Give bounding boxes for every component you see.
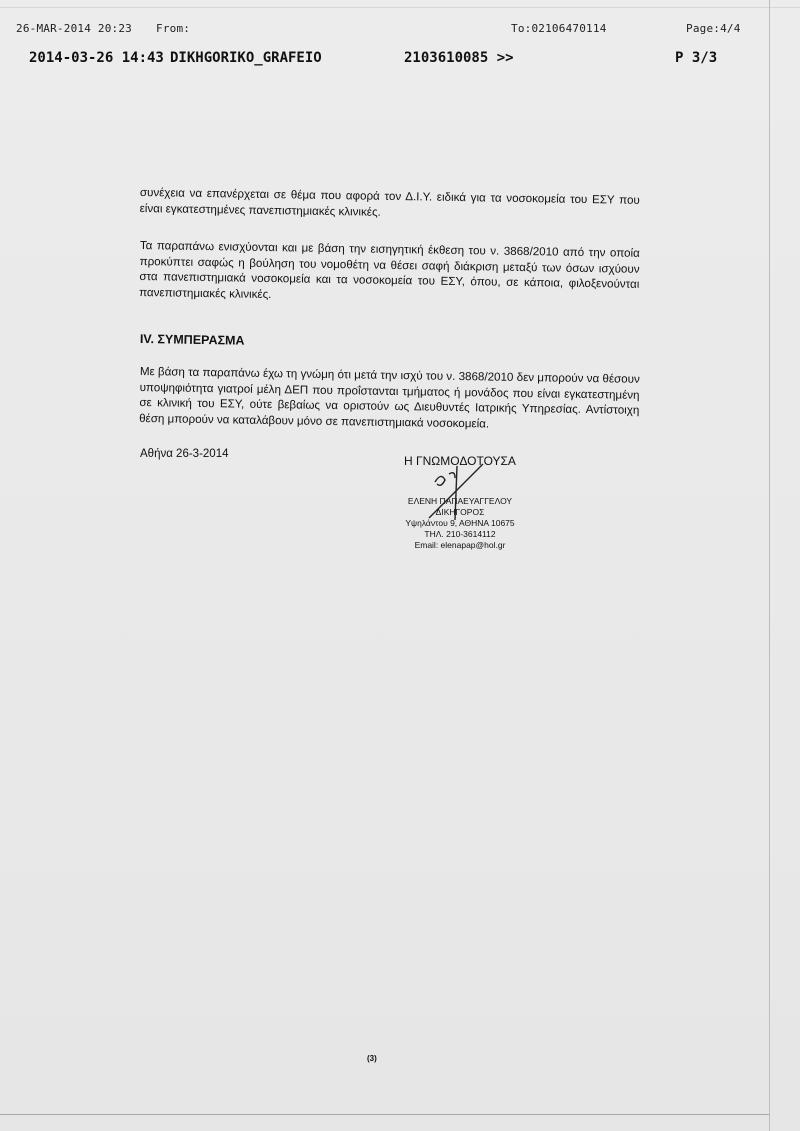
signature-block: Η ΓΝΩΜΟΔΟΤΟΥΣΑ ΕΛΕΝΗ ΠΑΠΑΕΥΑΓΓΕΛΟΥ ΔΙΚΗΓ…: [385, 454, 535, 551]
handwritten-signature-icon: [405, 460, 505, 520]
signatory-email: Email: elenapap@hol.gr: [385, 540, 535, 551]
fax-header-page: Page:4/4: [686, 22, 741, 35]
paragraph-3-text: Με βάση τα παραπάνω έχω τη γνώμη ότι μετ…: [139, 364, 640, 434]
bottom-edge-line: [0, 1114, 769, 1115]
fax-header-to: To:02106470114: [511, 22, 607, 35]
right-edge-line: [769, 0, 770, 1131]
paragraph-2: Τα παραπάνω ενισχύονται και με βάση την …: [139, 238, 640, 308]
fax-subheader-page: P 3/3: [675, 50, 717, 66]
fax-subheader-number: 2103610085 >>: [404, 50, 514, 66]
place-and-date: Αθήνα 26-3-2014: [140, 448, 229, 460]
fax-subheader-datetime: 2014-03-26 14:43: [29, 50, 164, 66]
fax-header-datetime: 26-MAR-2014 20:23: [16, 22, 132, 35]
paragraph-1: συνέχεια να επανέρχεται σε θέμα που αφορ…: [140, 185, 640, 224]
paragraph-1-text: συνέχεια να επανέρχεται σε θέμα που αφορ…: [140, 185, 640, 224]
paragraph-2-text: Τα παραπάνω ενισχύονται και με βάση την …: [139, 238, 640, 308]
signatory-phone: ΤΗΛ. 210-3614112: [385, 529, 535, 540]
paragraph-3: Με βάση τα παραπάνω έχω τη γνώμη ότι μετ…: [139, 364, 640, 434]
top-edge-line: [0, 7, 800, 8]
section-heading: IV. ΣΥΜΠΕΡΑΣΜΑ: [140, 332, 245, 348]
fax-subheader-sender: DIKHGORIKO_GRAFEIO: [170, 50, 322, 66]
page-number: (3): [367, 1054, 377, 1063]
fax-header-from: From:: [156, 22, 190, 35]
fax-page: 26-MAR-2014 20:23 From: To:02106470114 P…: [0, 0, 800, 1131]
